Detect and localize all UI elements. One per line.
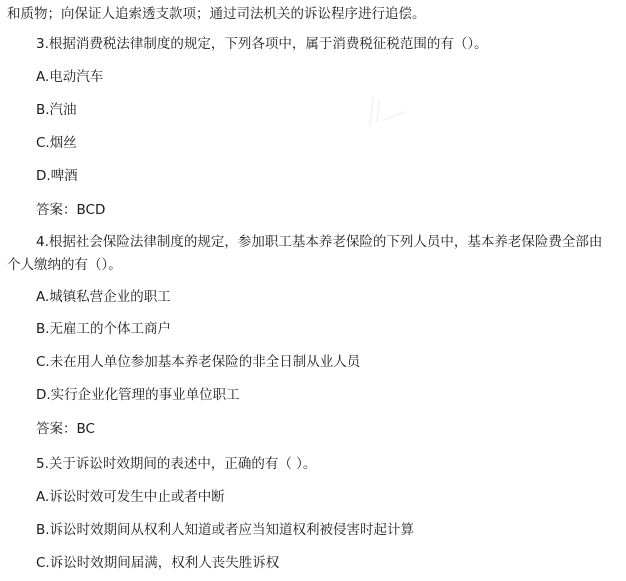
question-4-option-b: B.无雇工的个体工商户	[36, 320, 171, 338]
question-4-answer: 答案：BC	[36, 420, 95, 438]
question-4-option-c: C.未在用人单位参加基本养老保险的非全日制从业人员	[36, 353, 360, 371]
question-3-answer: 答案：BCD	[36, 201, 105, 219]
watermark-graphic	[365, 92, 415, 132]
question-5-stem: 5.关于诉讼时效期间的表述中，正确的有（ ）。	[36, 455, 316, 473]
question-4-option-a: A.城镇私营企业的职工	[36, 288, 171, 306]
question-4-stem-line1: 4.根据社会保险法律制度的规定，参加职工基本养老保险的下列人员中，基本养老保险费…	[36, 233, 602, 251]
intro-text: 和质物；向保证人追索透支款项；通过司法机关的诉讼程序进行追偿。	[7, 5, 426, 23]
question-5-option-a: A.诉讼时效可发生中止或者中断	[36, 488, 225, 506]
question-4-option-d: D.实行企业化管理的事业单位职工	[36, 386, 240, 404]
question-5-option-b: B.诉讼时效期间从权利人知道或者应当知道权利被侵害时起计算	[36, 521, 414, 539]
question-3-stem: 3.根据消费税法律制度的规定，下列各项中，属于消费税征税范围的有（）。	[36, 35, 488, 53]
question-5-option-c: C.诉讼时效期间届满，权利人丧失胜诉权	[36, 554, 279, 572]
question-4-stem-line2: 个人缴纳的有（）。	[7, 256, 122, 274]
question-3-option-c: C.烟丝	[36, 134, 77, 152]
question-3-option-a: A.电动汽车	[36, 68, 103, 86]
question-3-option-b: B.汽油	[36, 101, 77, 119]
question-3-option-d: D.啤酒	[36, 167, 78, 185]
